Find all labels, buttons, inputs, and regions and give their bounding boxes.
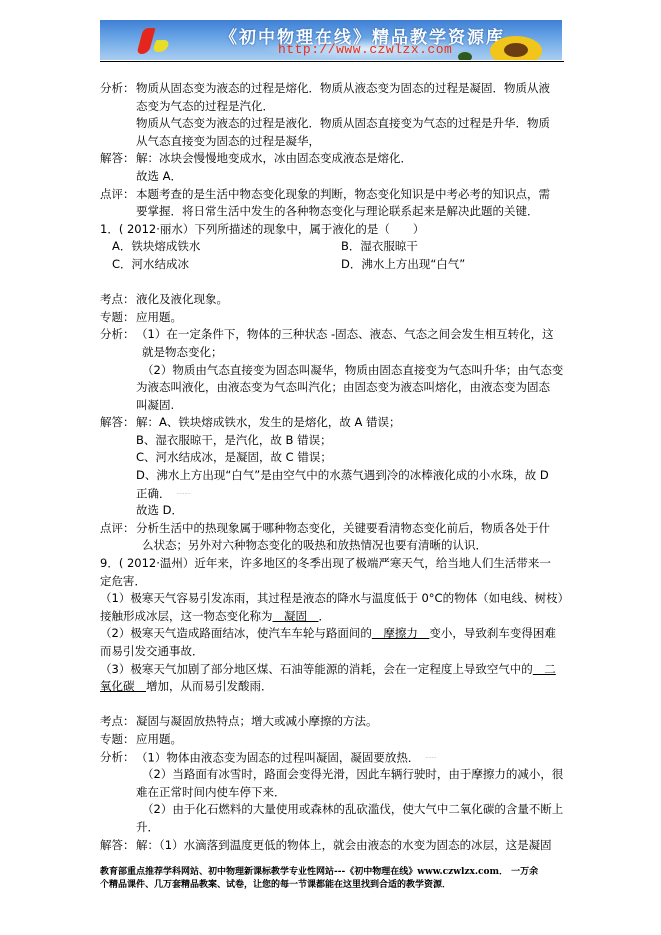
- answer-label: 解答：: [100, 150, 136, 168]
- point-text: 液化及液化现象。: [136, 291, 228, 309]
- answer-text: 解：冰块会慢慢地变成水，冰由固态变成液态是熔化．: [136, 150, 412, 168]
- analysis-text: 态变为气态的过程是汽化．: [100, 98, 570, 116]
- analysis-label: 分析：: [100, 80, 136, 98]
- answer-label: 解答：: [100, 837, 136, 855]
- topic-text: 应用题。: [136, 731, 182, 749]
- answer-text: 故选 A．: [100, 168, 570, 186]
- topic-row: 专题： 应用题。: [100, 731, 570, 749]
- analysis-text: 为液态叫液化，由液态变为气态叫汽化；由固态变为液态叫熔化，由液态变为固态: [100, 379, 570, 397]
- comment-label: 点评：: [100, 520, 136, 538]
- analysis-text: 就是物态变化；: [100, 344, 570, 362]
- option-c: C．河水结成冰: [112, 256, 341, 274]
- site-banner: 《初中物理在线》精品教学资源库 http://www.czwlzx.com: [100, 20, 562, 60]
- answer-row: 解答： 解：A、铁块熔成铁水，发生的是熔化，故 A 错误；: [100, 414, 570, 432]
- option-a: A．铁块熔成铁水: [112, 238, 341, 256]
- part-1-line2: 接触形成冰层，这一物态变化称为 凝固 ．: [100, 608, 570, 626]
- topic-label: 专题：: [100, 731, 136, 749]
- point-row: 考点： 凝固与凝固放热特点；增大或减小摩擦的方法。: [100, 713, 570, 731]
- comment-text: 本题考查的是生活中物态变化现象的判断，物态变化知识是中考必考的知识点，需: [136, 186, 550, 204]
- analysis-text: 升．: [100, 819, 570, 837]
- part-1: （1）极寒天气容易引发冻雨，其过程是液态的降水与温度低于 0°C的物体（如电线、…: [100, 590, 570, 608]
- document-body: 分析： 物质从固态变为液态的过程是熔化．物质从液态变为固态的过程是凝固．物质从液…: [100, 80, 570, 854]
- answer-blank-1: 凝固: [273, 609, 319, 623]
- comment-label: 点评：: [100, 186, 136, 204]
- sunflower-icon: [490, 36, 542, 60]
- point-text: 凝固与凝固放热特点；增大或减小摩擦的方法。: [136, 713, 378, 731]
- question-stem: 9．( 2012·温州）近年来，许多地区的冬季出现了极端严寒天气，给当地人们生活…: [100, 555, 570, 573]
- point-label: 考点：: [100, 713, 136, 731]
- answer-blank-3b: 氧化碳: [100, 679, 146, 693]
- analysis-text: （1）物体由液态变为固态的过程叫凝固，凝固要放热．.......: [136, 749, 436, 767]
- analysis-text: （2）物质由气态直接变为固态叫凝华，物质由固态直接变为气态叫升华；由气态变: [100, 362, 570, 380]
- answer-text: C、河水结成冰，是凝固，故 C 错误；: [100, 449, 570, 467]
- options-row: A．铁块熔成铁水 B．湿衣服晾干: [100, 238, 570, 256]
- topic-row: 专题： 应用题。: [100, 309, 570, 327]
- analysis-text: （2）由于化石燃料的大量使用或森林的乱砍滥伐，使大气中二氧化碳的含量不断上: [100, 801, 570, 819]
- comment-text: 分析生活中的热现象属于哪种物态变化，关键要看清物态变化前后，物质各处于什: [136, 520, 550, 538]
- answer-text: 解：A、铁块熔成铁水，发生的是熔化，故 A 错误；: [136, 414, 401, 432]
- options-row: C．河水结成冰 D．沸水上方出现“白气”: [100, 256, 570, 274]
- option-d: D．沸水上方出现“白气”: [341, 256, 570, 274]
- analysis-label: 分析：: [100, 749, 136, 767]
- analysis-text: 物质从固态变为液态的过程是熔化．物质从液态变为固态的过程是凝固．物质从液: [136, 80, 550, 98]
- answer-blank-3a: 二: [533, 662, 556, 676]
- answer-text: 故选 D．: [100, 502, 570, 520]
- analysis-text: （2）当路面有冰雪时，路面会变得光滑，因此车辆行驶时，由于摩擦力的减小，很: [100, 766, 570, 784]
- answer-text: D、沸水上方出现“白气”是由空气中的水蒸气遇到冷的冰棒液化成的小水珠，故 D: [100, 467, 570, 485]
- comment-row: 点评： 本题考查的是生活中物态变化现象的判断，物态变化知识是中考必考的知识点，需: [100, 186, 570, 204]
- answer-text: B、湿衣服晾干，是汽化，故 B 错误；: [100, 432, 570, 450]
- header-divider: [100, 61, 564, 62]
- option-b: B．湿衣服晾干: [341, 238, 570, 256]
- part-2-line2: 而易引发交通事故．: [100, 643, 570, 661]
- analysis-label: 分析：: [100, 326, 136, 344]
- analysis-row: 分析： （1）在一定条件下，物体的三种状态 -固态、液态、气态之间会发生相互转化…: [100, 326, 570, 344]
- answer-label: 解答：: [100, 414, 136, 432]
- logo-accent-icon: [152, 40, 170, 52]
- analysis-text: （1）在一定条件下，物体的三种状态 -固态、液态、气态之间会发生相互转化，这: [136, 326, 554, 344]
- answer-row: 解答： 解：冰块会慢慢地变成水，冰由固态变成液态是熔化．: [100, 150, 570, 168]
- analysis-text: 叫凝固.: [100, 397, 570, 415]
- question-stem: 1．( 2012·丽水）下列所描述的现象中，属于液化的是（ ）: [100, 221, 570, 239]
- comment-text: 要掌握．将日常生活中发生的各种物态变化与理论联系起来是解决此题的关键．: [100, 203, 570, 221]
- answer-text: 正确．.........: [100, 485, 570, 503]
- footer-line: 教育部重点推荐学科网站、初中物理新课标教学专业性网站---《初中物理在线》www…: [100, 866, 570, 879]
- answer-text: 解：（1）水滴落到温度更低的物体上，就会由液态的水变为固态的冰层，这是凝固: [136, 837, 552, 855]
- point-row: 考点： 液化及液化现象。: [100, 291, 570, 309]
- logo-icon: [137, 28, 156, 54]
- topic-label: 专题：: [100, 309, 136, 327]
- comment-row: 点评： 分析生活中的热现象属于哪种物态变化，关键要看清物态变化前后，物质各处于什: [100, 520, 570, 538]
- answer-row: 解答： 解：（1）水滴落到温度更低的物体上，就会由液态的水变为固态的冰层，这是凝…: [100, 837, 570, 855]
- banner-url[interactable]: http://www.czwlzx.com: [278, 42, 452, 57]
- question-stem: 定危害．: [100, 573, 570, 591]
- page-footer: 教育部重点推荐学科网站、初中物理新课标教学专业性网站---《初中物理在线》www…: [100, 866, 570, 892]
- comment-text: 么状态；另外对六种物态变化的吸热和放热情况也要有清晰的认识．: [100, 537, 570, 555]
- footer-line: 个精品课件、几万套精品教案、试卷，让您的每一节课都能在这里找到合适的教学资源．: [100, 879, 570, 892]
- analysis-row: 分析： （1）物体由液态变为固态的过程叫凝固，凝固要放热．.......: [100, 749, 570, 767]
- watermark-mark: .........: [177, 490, 191, 496]
- point-label: 考点：: [100, 291, 136, 309]
- leaf-icon: [458, 52, 472, 60]
- analysis-text: 难在正常时间内使车停下来．: [100, 784, 570, 802]
- topic-text: 应用题。: [136, 309, 182, 327]
- part-3: （3）极寒天气加剧了部分地区煤、石油等能源的消耗，会在一定程度上导致空气中的 二: [100, 661, 570, 679]
- analysis-text: 物质从气态变为液态的过程是液化．物质从固态直接变为气态的过程是升华．物质: [100, 115, 570, 133]
- part-2: （2）极寒天气造成路面结冰，使汽车车轮与路面间的 摩擦力 变小，导致刹车变得困难: [100, 625, 570, 643]
- analysis-row: 分析： 物质从固态变为液态的过程是熔化．物质从液态变为固态的过程是凝固．物质从液: [100, 80, 570, 98]
- part-3-line2: 氧化碳 增加，从而易引发酸雨．: [100, 678, 570, 696]
- analysis-text: 从气态直接变为固态的过程是凝华，: [100, 133, 570, 151]
- answer-blank-2: 摩擦力: [372, 626, 430, 640]
